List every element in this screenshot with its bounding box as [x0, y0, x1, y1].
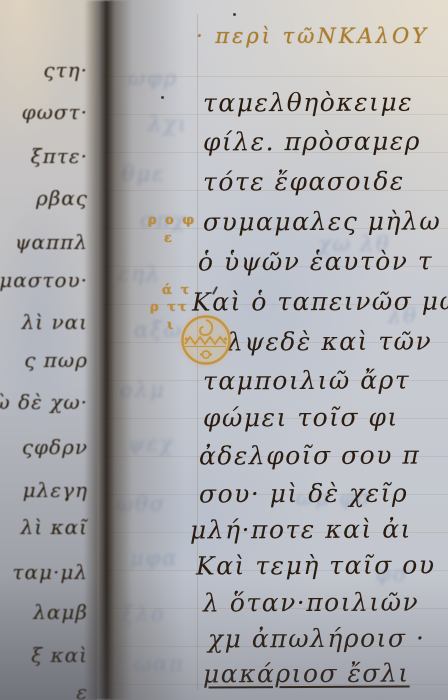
- facing-page-line-fragment: φωστ·: [22, 100, 88, 124]
- gold-marginal-letter: ά τ: [162, 283, 191, 298]
- facing-page-line-fragment: λὶ καῖ: [21, 515, 88, 539]
- text-line: σου· μὶ δὲ χεῖρ: [199, 479, 408, 509]
- bleedthrough-text: ψεχ: [128, 432, 174, 456]
- text-line: συμαμαλες μὴλω: [203, 206, 441, 236]
- text-line: φώμει τοῖσ φι: [203, 403, 399, 433]
- manuscript-photo: ωφρλχιθμεσπχεηλαξωολμψεχωθσμφαξλοωαπχω λ…: [0, 0, 448, 700]
- text-line: ὁ ὑψῶν ἑαυτὸν τ: [198, 246, 433, 276]
- text-line: τότε ἔφασοιδε: [203, 167, 405, 197]
- facing-page-line-fragment: μλεγη: [23, 478, 88, 502]
- facing-page-line-fragment: ψαππλ: [15, 230, 88, 254]
- bleedthrough-text: ωαπ: [134, 652, 185, 676]
- facing-page-line-fragment: ὼ δὲ χω·: [0, 390, 88, 414]
- bleedthrough-text: λχι: [148, 112, 188, 136]
- text-line: λ ὅταν·ποιλιῶν: [203, 588, 419, 618]
- bleedthrough-text: ξλο: [122, 602, 166, 626]
- facing-page-line-fragment: ε: [76, 680, 88, 700]
- facing-page-line-fragment: λὶ ναι: [22, 310, 88, 334]
- ink-speck: [233, 13, 236, 16]
- text-line: Καὶ τεμὴ ταῖσ ου: [196, 550, 436, 580]
- ink-speck: [161, 96, 164, 99]
- facing-page-line-fragment: ρβας: [36, 186, 88, 210]
- bleedthrough-text: εηλ: [118, 262, 161, 286]
- facing-page-line-fragment: ςτη·: [43, 58, 88, 82]
- chapter-title-gold: · περὶ τῶΝΚΑλΟΥ: [196, 24, 429, 48]
- bleedthrough-text: μφα: [130, 546, 179, 570]
- facing-page-line-fragment: λαμβ: [33, 600, 88, 624]
- text-line: χμ ἀπωλήροισ ·: [208, 624, 425, 654]
- gutter-soft-shadow: [110, 0, 185, 700]
- gold-marginal-letter: ε: [164, 231, 174, 246]
- text-line: μακάριοσ ἔσλι: [203, 659, 410, 689]
- bleedthrough-text: ωθσ: [116, 492, 166, 516]
- facing-page-line-fragment: ξ καὶ: [31, 643, 88, 667]
- facing-page-line-fragment: ς πωρ: [24, 348, 88, 372]
- bleedthrough-text: θμε: [122, 162, 166, 186]
- bleedthrough-text: ωφρ: [128, 66, 178, 90]
- text-line: ταμποιλιῶ ἄρτ: [203, 366, 410, 396]
- text-line: ἀδελφοῖσ σου π: [199, 441, 420, 471]
- facing-page-line-fragment: μαστου·: [0, 268, 88, 292]
- gold-marginal-letter: ι: [167, 318, 175, 333]
- text-line: φίλε. πρὸσαμερ: [203, 127, 421, 157]
- gold-roundel-icon: [179, 313, 233, 367]
- gold-marginal-letter: ρ ο φ: [148, 213, 196, 228]
- facing-page-line-fragment: ςφδρν: [22, 435, 88, 459]
- facing-page-line-fragment: ξπτε·: [31, 144, 88, 168]
- bleedthrough-text: αξω: [134, 318, 183, 342]
- facing-page-edge: ςτη·φωστ·ξπτε·ρβαςψαππλμαστου·λὶ ναις πω…: [0, 0, 97, 700]
- facing-page-line-fragment: ταμ·μλ: [12, 560, 88, 584]
- text-line: μλή·ποτε καὶ ἀι: [190, 515, 412, 545]
- bleedthrough-text: ολμ: [120, 378, 166, 402]
- text-line: λψεδὲ καὶ τῶν: [227, 327, 432, 357]
- text-line: ταμελθηὸκειμε: [203, 88, 413, 118]
